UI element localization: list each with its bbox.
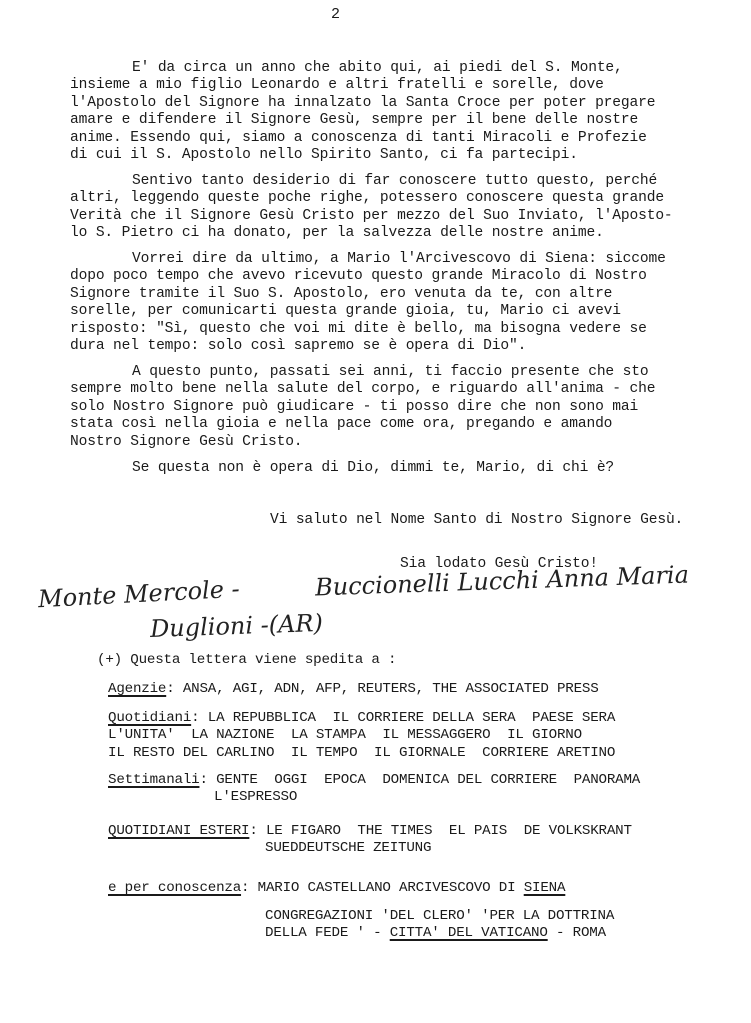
group-label: e per conoscenza	[108, 880, 241, 896]
body-line: solo Nostro Signore può giudicare - ti p…	[70, 399, 740, 416]
distribution-intro: (+) Questa lettera viene spedita a :	[97, 652, 640, 669]
body-line: A questo punto, passati sei anni, ti fac…	[70, 364, 740, 381]
group-label: Quotidiani	[108, 710, 191, 726]
group-quotidiani: Quotidiani: LA REPUBBLICA IL CORRIERE DE…	[108, 710, 640, 762]
body-line: E' da circa un anno che abito qui, ai pi…	[70, 60, 740, 77]
body-line: l'Apostolo del Signore ha innalzato la S…	[70, 95, 740, 112]
paragraph: Sentivo tanto desiderio di far conoscere…	[70, 173, 740, 243]
group-settimanali: Settimanali: GENTE OGGI EPOCA DOMENICA D…	[108, 772, 640, 807]
body-line: risposto: "Sì, questo che voi mi dite è …	[70, 321, 740, 338]
group-line: MARIO CASTELLANO ARCIVESCOVO DI	[258, 880, 524, 896]
group-line: LA REPUBBLICA IL CORRIERE DELLA SERA PAE…	[208, 710, 615, 726]
handwritten-place-line1: Monte Mercole -	[37, 575, 240, 614]
paragraph: A questo punto, passati sei anni, ti fac…	[70, 364, 740, 451]
group-label: Agenzie	[108, 681, 166, 697]
group-line: CONGREGAZIONI 'DEL CLERO' 'PER LA DOTTRI…	[108, 908, 640, 925]
paragraph: E' da circa un anno che abito qui, ai pi…	[70, 60, 740, 164]
distribution-list: (+) Questa lettera viene spedita a : Age…	[97, 652, 640, 943]
body-line: altri, leggendo queste poche righe, pote…	[70, 190, 740, 207]
body-line: dura nel tempo: solo così sapremo se è o…	[70, 338, 740, 355]
group-line: L'ESPRESSO	[108, 789, 640, 806]
group-label: Settimanali	[108, 772, 199, 788]
handwritten-place-line2: Duglioni -(AR)	[150, 609, 324, 643]
group-agenzie: Agenzie: ANSA, AGI, ADN, AFP, REUTERS, T…	[108, 681, 640, 698]
body-line: Nostro Signore Gesù Cristo.	[70, 434, 740, 451]
group-line: DELLA FEDE ' -	[265, 925, 390, 941]
underlined-siena: SIENA	[524, 880, 566, 896]
body-line: Sentivo tanto desiderio di far conoscere…	[70, 173, 740, 190]
body-line: Signore tramite il Suo S. Apostolo, ero …	[70, 286, 740, 303]
body-line: Vorrei dire da ultimo, a Mario l'Arcives…	[70, 251, 740, 268]
body-line: anime. Essendo qui, siamo a conoscenza d…	[70, 130, 740, 147]
paragraph: Vorrei dire da ultimo, a Mario l'Arcives…	[70, 251, 740, 355]
body-line: sempre molto bene nella salute del corpo…	[70, 381, 740, 398]
body-line: di cui il S. Apostolo nello Spirito Sant…	[70, 147, 740, 164]
group-esteri: QUOTIDIANI ESTERI: LE FIGARO THE TIMES E…	[108, 823, 640, 858]
group-line-suffix: - ROMA	[548, 925, 606, 941]
body-line: Verità che il Signore Gesù Cristo per me…	[70, 208, 740, 225]
body-line: insieme a mio figlio Leonardo e altri fr…	[70, 77, 740, 94]
body-line: sorelle, per comunicarti questa grande g…	[70, 303, 740, 320]
body-line: stata così nella gioia e nella pace come…	[70, 416, 740, 433]
body-line: dopo poco tempo che avevo ricevuto quest…	[70, 268, 740, 285]
body-line: Se questa non è opera di Dio, dimmi te, …	[70, 460, 740, 477]
paragraph: Se questa non è opera di Dio, dimmi te, …	[70, 460, 740, 477]
body-line: amare e difendere il Signore Gesù, sempr…	[70, 112, 740, 129]
group-line: ANSA, AGI, ADN, AFP, REUTERS, THE ASSOCI…	[183, 681, 599, 697]
group-line: GENTE OGGI EPOCA DOMENICA DEL CORRIERE P…	[216, 772, 640, 788]
group-conoscenza: e per conoscenza: MARIO CASTELLANO ARCIV…	[108, 880, 640, 943]
page-number: 2	[331, 6, 340, 23]
letter-body: E' da circa un anno che abito qui, ai pi…	[70, 60, 740, 485]
greeting-line: Vi saluto nel Nome Santo di Nostro Signo…	[270, 512, 683, 528]
group-line: IL RESTO DEL CARLINO IL TEMPO IL GIORNAL…	[108, 745, 640, 762]
body-line: lo S. Pietro ci ha donato, per la salvez…	[70, 225, 740, 242]
group-line: SUEDDEUTSCHE ZEITUNG	[108, 840, 640, 857]
underlined-vaticano: CITTA' DEL VATICANO	[390, 925, 548, 941]
group-label: QUOTIDIANI ESTERI	[108, 823, 249, 839]
handwritten-signature: Buccionelli Lucchi Anna Maria	[315, 560, 690, 601]
group-line: L'UNITA' LA NAZIONE LA STAMPA IL MESSAGG…	[108, 727, 640, 744]
group-line: LE FIGARO THE TIMES EL PAIS DE VOLKSKRAN…	[266, 823, 632, 839]
